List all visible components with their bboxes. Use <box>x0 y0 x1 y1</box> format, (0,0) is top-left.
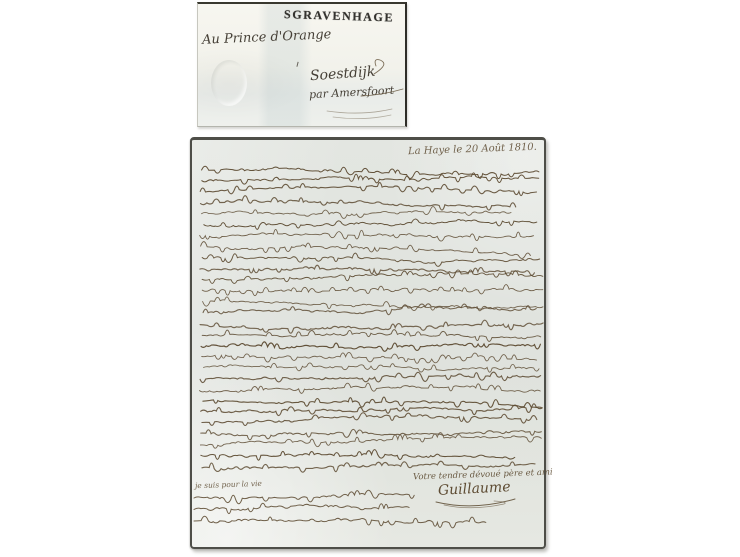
address-flourish-strokes <box>198 4 408 129</box>
letter-photo: La Haye le 20 Août 1810. Votre tendre dé… <box>190 137 546 549</box>
envelope-photo: SGRAVENHAGE Au Prince d'Orange Soestdijk… <box>197 2 407 127</box>
photo-background: SGRAVENHAGE Au Prince d'Orange Soestdijk… <box>0 0 740 557</box>
